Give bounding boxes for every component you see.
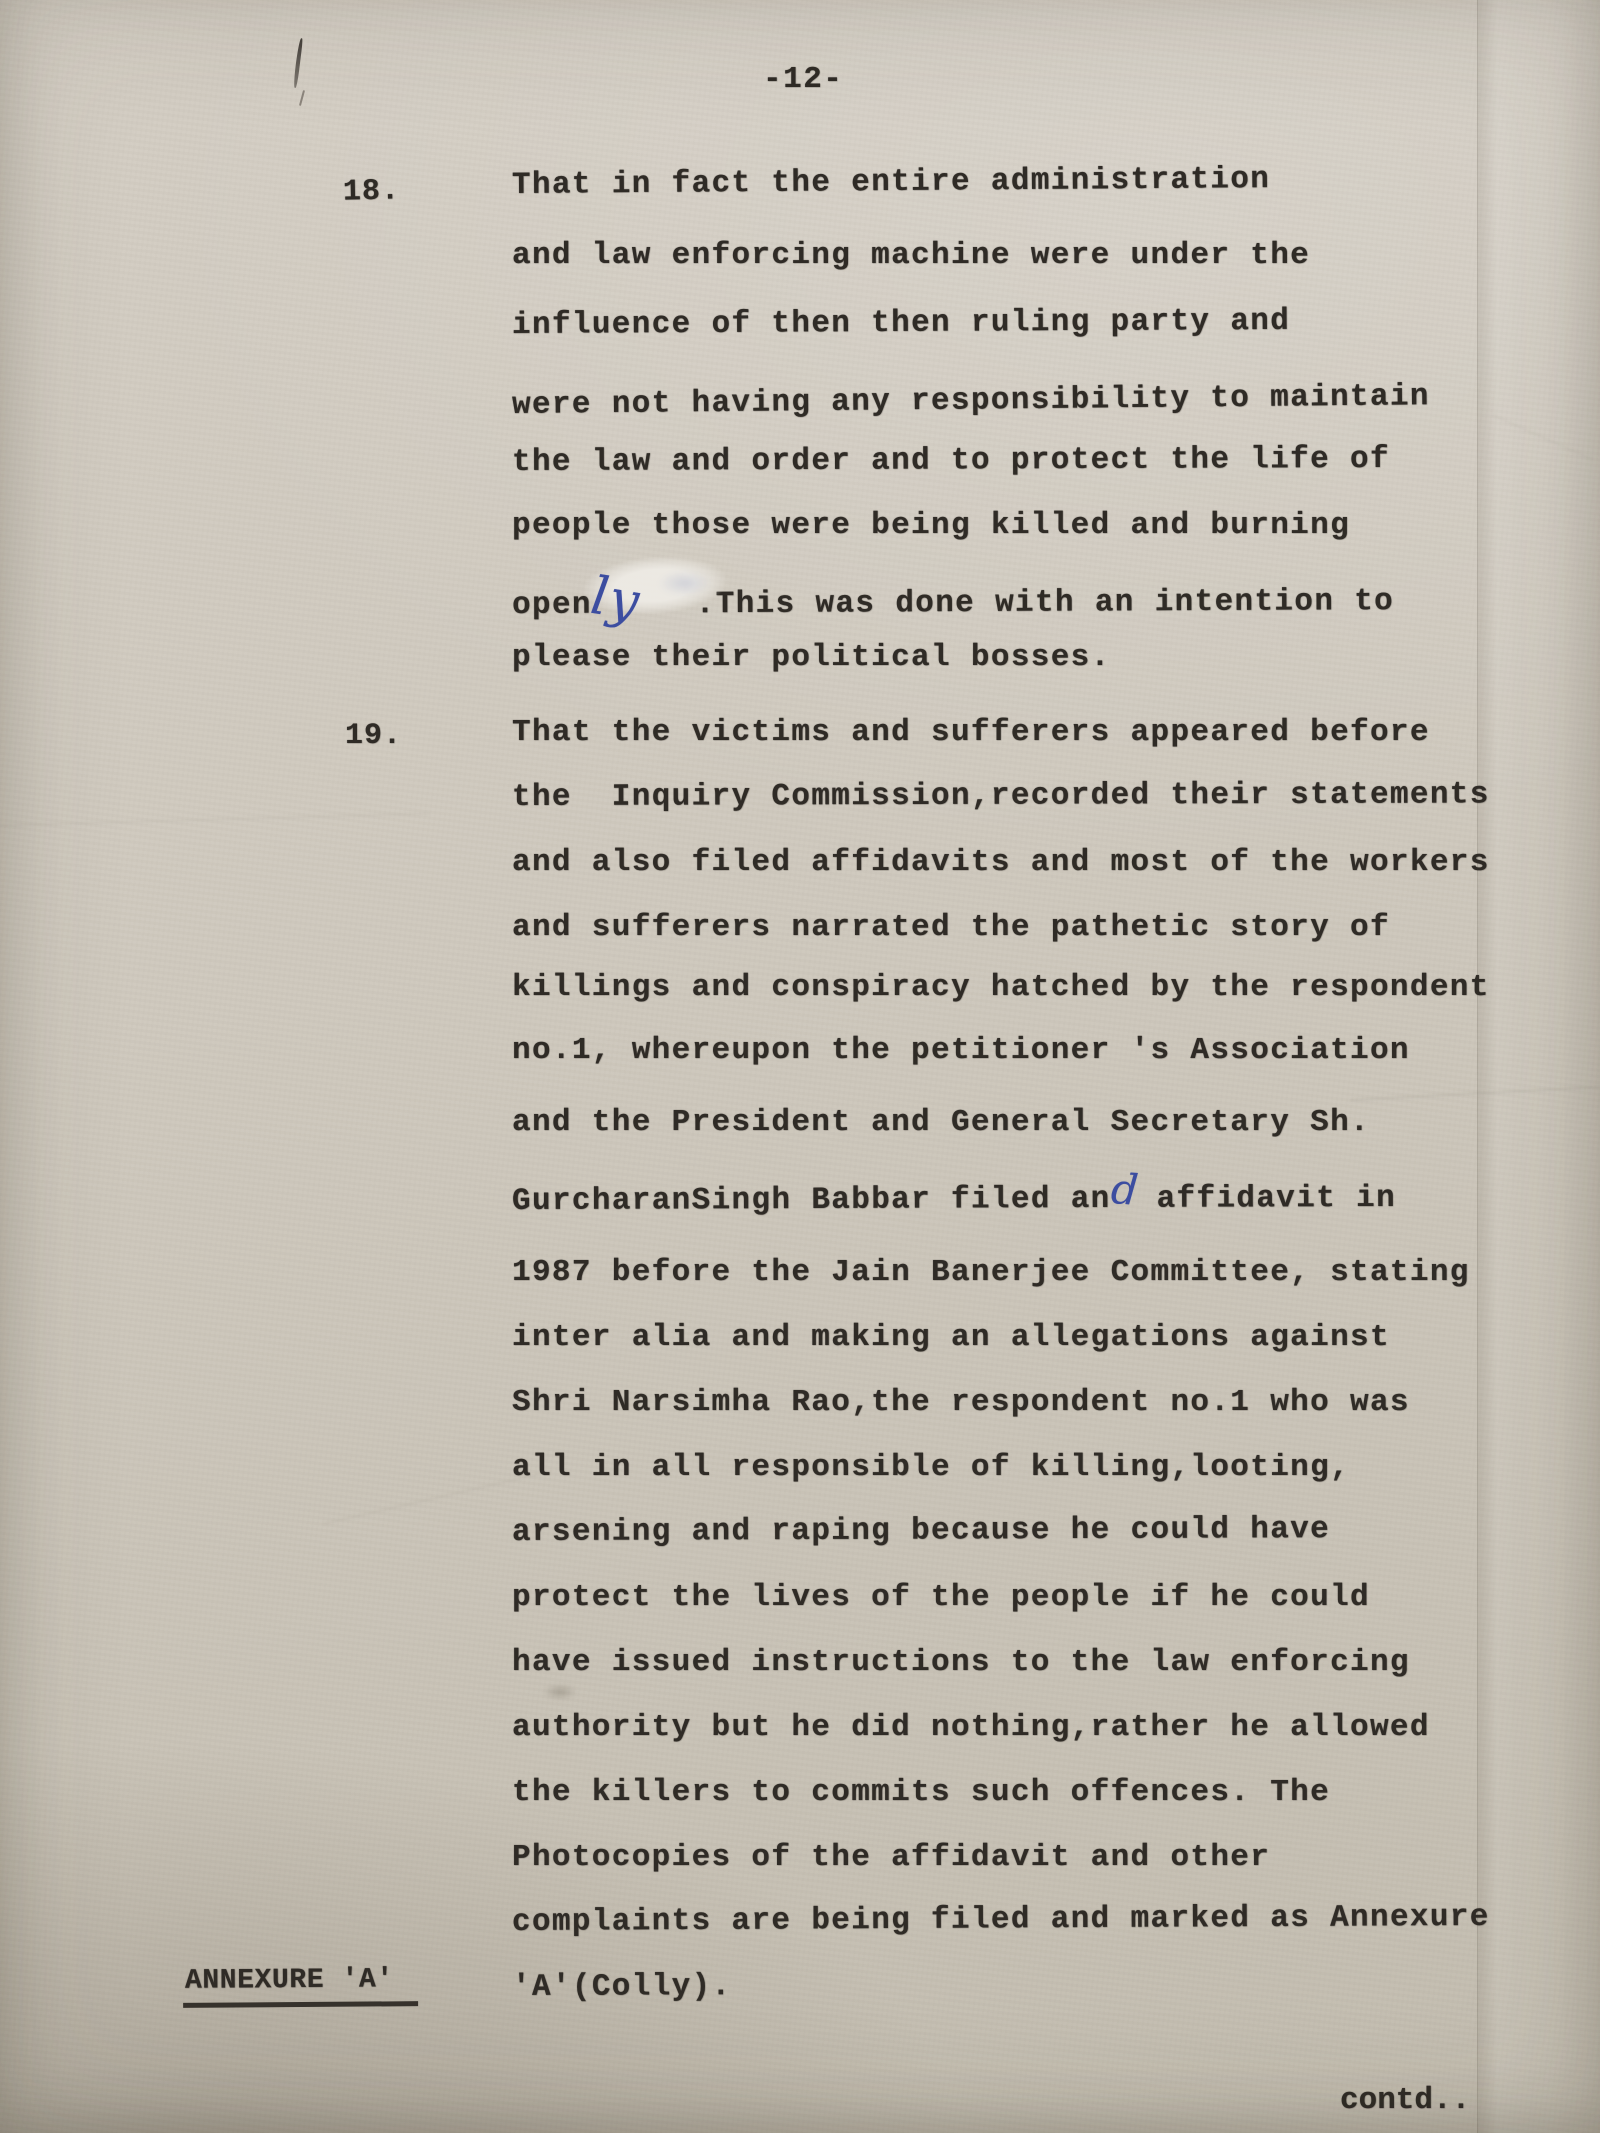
typewritten-line: authority but he did nothing,rather he a…	[512, 1695, 1490, 1760]
typed-text: killings and conspiracy hatched by the r…	[512, 970, 1490, 1005]
typed-text: the killers to commits such offences. Th…	[512, 1775, 1330, 1810]
typewritten-line: and law enforcing machine were under the	[512, 221, 1430, 291]
typed-text: were not having any responsibility to ma…	[512, 379, 1430, 423]
typed-text: Photocopies of the affidavit and other	[512, 1840, 1270, 1875]
handwritten-correction: d	[1108, 1156, 1139, 1223]
typewritten-line: and sufferers narrated the pathetic stor…	[512, 895, 1490, 960]
typed-text: and law enforcing machine were under the	[512, 238, 1310, 273]
typewritten-line: no.1, whereupon the petitioner 's Associ…	[512, 1018, 1490, 1083]
typed-text: affidavit in	[1137, 1181, 1397, 1217]
typewritten-line: Photocopies of the affidavit and other	[512, 1825, 1490, 1890]
handwritten-correction: ly	[586, 561, 660, 640]
typewritten-line: the Inquiry Commission,recorded their st…	[512, 762, 1490, 830]
typewritten-line: 'A'(Colly).	[512, 1952, 1490, 2020]
typed-text: no.1, whereupon the petitioner 's Associ…	[512, 1033, 1410, 1068]
continuation-note: contd..	[1340, 2085, 1470, 2116]
typed-text: GurcharanSingh Babbar filed an	[512, 1182, 1111, 1219]
paragraph-number: 18.	[343, 176, 401, 207]
typed-text: people those were being killed and burni…	[512, 508, 1350, 543]
typed-text: and the President and General Secretary …	[512, 1105, 1370, 1140]
typed-text: That the victims and sufferers appeared …	[512, 715, 1430, 750]
typed-text: 'A'(Colly).	[512, 1969, 732, 2005]
typewritten-line: have issued instructions to the law enfo…	[512, 1630, 1490, 1695]
typed-text: .This was done with an intention to	[656, 584, 1394, 622]
typewritten-line: all in all responsible of killing,lootin…	[512, 1435, 1490, 1500]
typewritten-line: influence of then then ruling party and	[512, 286, 1430, 361]
typed-text: the law and order and to protect the lif…	[512, 442, 1390, 480]
typewritten-line: complaints are being filed and marked as…	[512, 1885, 1490, 1955]
annexure-margin-note: ANNEXURE 'A'	[183, 1965, 418, 2007]
typed-text: complaints are being filed and marked as…	[512, 1900, 1490, 1940]
paper-fold-right	[1477, 0, 1600, 2133]
typewritten-line: Shri Narsimha Rao,the respondent no.1 wh…	[512, 1370, 1490, 1435]
typed-text: and sufferers narrated the pathetic stor…	[512, 910, 1390, 945]
typewritten-line: protect the lives of the people if he co…	[512, 1565, 1490, 1630]
typewritten-line: killings and conspiracy hatched by the r…	[512, 955, 1490, 1020]
typed-text: open	[512, 588, 592, 623]
typewritten-line: inter alia and making an allegations aga…	[512, 1305, 1490, 1370]
page-number: -12-	[763, 64, 843, 95]
typed-text: the Inquiry Commission,recorded their st…	[512, 777, 1490, 815]
typed-text: 1987 before the Jain Banerjee Committee,…	[512, 1255, 1470, 1290]
typed-text: please their political bosses.	[512, 640, 1111, 675]
typewritten-line: GurcharanSingh Babbar filed and affidavi…	[512, 1159, 1490, 1227]
typewritten-line: and also filed affidavits and most of th…	[512, 830, 1490, 895]
paragraph-lines: That the victims and sufferers appeared …	[512, 700, 1490, 2020]
typed-text: influence of then then ruling party and	[512, 304, 1290, 343]
typewritten-line: the killers to commits such offences. Th…	[512, 1760, 1490, 1825]
scanned-document-page: -12- 18.That in fact the entire administ…	[0, 0, 1600, 2133]
typewritten-line: arsening and raping because he could hav…	[512, 1497, 1490, 1565]
paragraph-lines: That in fact the entire administrationan…	[512, 151, 1430, 693]
typed-text: Shri Narsimha Rao,the respondent no.1 wh…	[512, 1385, 1410, 1420]
typewritten-line: people those were being killed and burni…	[512, 491, 1430, 561]
typed-text: inter alia and making an allegations aga…	[512, 1320, 1390, 1355]
typewritten-line: openly .This was done with an intention …	[512, 557, 1430, 631]
typewritten-line: 1987 before the Jain Banerjee Committee,…	[512, 1240, 1490, 1305]
typed-text: and also filed affidavits and most of th…	[512, 845, 1490, 880]
typed-text: arsening and raping because he could hav…	[512, 1512, 1330, 1550]
typed-text: have issued instructions to the law enfo…	[512, 1645, 1410, 1680]
typewritten-line: That in fact the entire administration	[512, 144, 1430, 221]
typewritten-line: the law and order and to protect the lif…	[512, 425, 1430, 498]
paragraph-number: 19.	[345, 721, 402, 751]
typed-text: protect the lives of the people if he co…	[512, 1580, 1370, 1615]
whiteout-patch: ly	[592, 560, 656, 640]
typed-text: That in fact the entire administration	[512, 162, 1270, 203]
typewritten-line: and the President and General Secretary …	[512, 1090, 1490, 1155]
typewritten-line: That the victims and sufferers appeared …	[512, 700, 1490, 765]
typed-text: authority but he did nothing,rather he a…	[512, 1710, 1430, 1745]
typed-text: all in all responsible of killing,lootin…	[512, 1450, 1350, 1485]
